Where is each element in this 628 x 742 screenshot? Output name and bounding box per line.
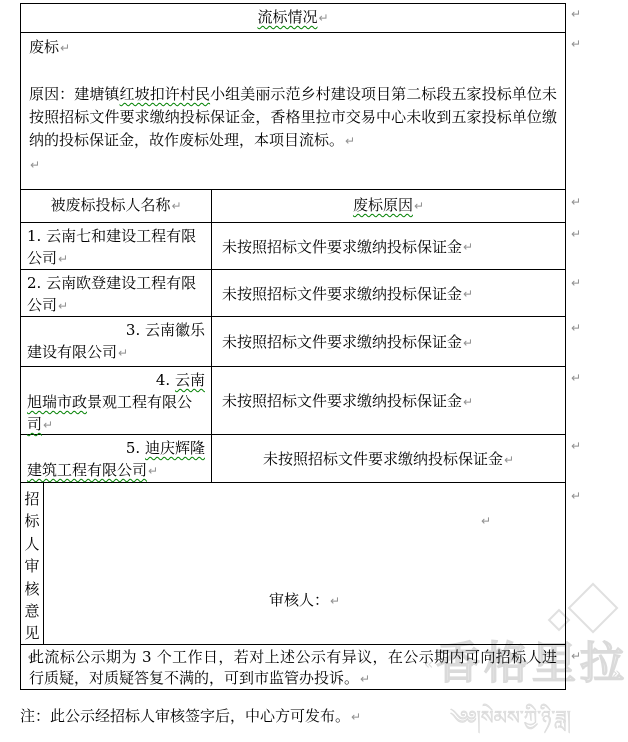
reviewer-label: 审核人： [269,591,329,609]
invalid-bid-label: 废标 [29,38,59,56]
paragraph-mark [462,333,473,351]
tenderer-audit-row: 招标人审核意见 审核人： [21,482,565,644]
paragraph-mark [359,669,370,687]
paragraph-mark [570,4,581,22]
paragraph-mark [570,646,581,664]
rejection-reason-text: 未按照招标文件要求缴纳投标保证金 [222,390,462,411]
table-row: 1. 云南七和建设工程有限 公司 未按照招标文件要求缴纳投标保证金 [21,222,565,269]
bidder-name-line: 旭瑞市政景观工程有限公 [27,391,205,413]
table-row: 5. 迪庆辉隆 建筑工程有限公司 未按照招标文件要求缴纳投标保证金 [21,434,565,482]
paragraph-mark [570,486,581,504]
bidder-name-text: 景观工程有限公 [87,393,192,411]
bidder-name-line: 司 [27,413,205,436]
header-rejection-reason-label: 废标原因 [353,196,413,214]
paragraph-mark [42,415,53,433]
page-title: 流标情况 [257,8,317,26]
rejection-reason-text: 未按照招标文件要求缴纳投标保证金 [222,283,462,304]
reason-text-flagged: 红坡扣许村民 [120,85,211,103]
bidder-name-text: 公司 [27,249,57,267]
audit-label-text: 招标人审核意见 [24,490,39,642]
bidder-name-text: 云南 [175,371,205,389]
bidder-name-line: 公司 [27,294,205,317]
paragraph-mark [570,273,581,291]
bidder-name-text: 司 [27,415,42,433]
bidder-number: 4. [156,371,175,389]
bidder-name-text: 建设有限公司 [27,343,117,361]
header-bidder-name-label: 被废标投标人名称 [50,196,170,214]
bidder-name-text: 旭瑞市政 [27,393,87,411]
paragraph-mark [480,511,491,529]
paragraph-mark [29,155,40,173]
table-title-row: 流标情况 [21,4,565,32]
bidder-name-line: 建设有限公司 [27,341,205,364]
bidder-name-cell: 3. 云南徽乐 建设有限公司 [21,317,211,366]
rejection-reason-text: 未按照招标文件要求缴纳投标保证金 [222,236,462,257]
table-header-row: 被废标投标人名称 废标原因 [21,189,565,222]
paragraph-mark [462,392,473,410]
bidder-name-line: 建筑工程有限公司 [27,459,205,482]
paragraph-mark [570,192,581,210]
paragraph-mark [170,196,181,214]
footnote-text: 注：此公示经招标人审核签字后，中心方可发布。 [20,707,350,725]
footnote-line: 注：此公示经招标人审核签字后，中心方可发布。 [20,705,361,726]
rejection-reason-text: 未按照招标文件要求缴纳投标保证金 [263,448,503,469]
rejection-reason-cell: 未按照招标文件要求缴纳投标保证金 [211,270,565,316]
paragraph-mark [317,8,328,26]
header-bidder-name: 被废标投标人名称 [21,190,211,222]
audit-content-cell: 审核人： [44,483,565,644]
bidder-name-cell: 4. 云南 旭瑞市政景观工程有限公 司 [21,367,211,434]
paragraph-mark [147,461,158,479]
paragraph-mark [57,249,68,267]
bidder-name-line: 4. 云南 [27,369,205,391]
bidder-name-text: 公司 [27,296,57,314]
paragraph-mark [503,450,514,468]
bidder-number: 5. [126,439,145,457]
paragraph-mark [570,224,581,242]
bidder-name-line: 2. 云南欧登建设工程有限 [27,272,205,294]
rejection-reason-cell: 未按照招标文件要求缴纳投标保证金 [211,435,565,482]
watermark-tibetan-text: ༄༅།སེམས་ཀྱི་ཉི་ཟླ། [450,696,625,742]
paragraph-mark [59,38,70,56]
table-row: 2. 云南欧登建设工程有限 公司 未按照招标文件要求缴纳投标保证金 [21,269,565,316]
rejection-reason-cell: 未按照招标文件要求缴纳投标保证金 [211,367,565,434]
paragraph-mark [117,343,128,361]
bidder-name-line: 5. 迪庆辉隆 [27,437,205,459]
paragraph-mark [413,196,424,214]
blank-line [29,153,557,177]
bidder-name-cell: 1. 云南七和建设工程有限 公司 [21,223,211,269]
bidder-name-text: 迪庆辉隆 [145,439,205,457]
paragraph-mark [570,34,581,52]
rejection-reason-text: 未按照招标文件要求缴纳投标保证金 [222,331,462,352]
bidder-name-text: 建筑工程有限公司 [27,461,147,479]
paragraph-mark [570,436,581,454]
table-row: 3. 云南徽乐 建设有限公司 未按照招标文件要求缴纳投标保证金 [21,316,565,366]
bidder-name-cell: 5. 迪庆辉隆 建筑工程有限公司 [21,435,211,482]
publicity-notice-text: 此流标公示期为 3 个工作日，若对上述公示有异议，在公示期内可向招标人进行质疑，… [29,648,557,687]
invalid-bid-cell: 废标 原因：建塘镇红坡扣许村民小组美丽示范乡村建设项目第二标段五家投标单位未按照… [21,32,565,189]
rejection-reason-cell: 未按照招标文件要求缴纳投标保证金 [211,317,565,366]
blank-line [29,60,557,83]
publicity-notice-cell: 此流标公示期为 3 个工作日，若对上述公示有异议，在公示期内可向招标人进行质疑，… [21,644,565,689]
document-page: 香格里拉 ༄༅།སེམས་ཀྱི་ཉི་ཟླ། « » 流标情况 废标 原因：建… [0,0,628,742]
paragraph-mark [570,318,581,336]
bidder-name-line: 1. 云南七和建设工程有限 [27,225,205,247]
bidder-name-line: 3. 云南徽乐 [27,319,205,341]
bid-failure-table: 流标情况 废标 原因：建塘镇红坡扣许村民小组美丽示范乡村建设项目第二标段五家投标… [20,3,566,690]
audit-label-vertical: 招标人审核意见 [21,483,44,644]
bidder-name-cell: 2. 云南欧登建设工程有限 公司 [21,270,211,316]
paragraph-mark [350,707,361,725]
reason-text-pre: 原因：建塘镇 [29,85,120,103]
watermark-ornament-right: » [612,664,621,682]
watermark-diamond-icon [568,583,619,634]
paragraph-mark [57,296,68,314]
paragraph-mark [462,284,473,302]
reviewer-line: 审核人： [44,589,565,610]
paragraph-mark [462,237,473,255]
table-row: 4. 云南 旭瑞市政景观工程有限公 司 未按照招标文件要求缴纳投标保证金 [21,366,565,434]
paragraph-mark [329,591,340,609]
invalid-bid-label-line: 废标 [29,36,557,60]
bidder-name-line: 公司 [27,247,205,270]
header-rejection-reason: 废标原因 [211,190,565,222]
paragraph-mark [344,131,355,149]
paragraph-mark [570,368,581,386]
reason-paragraph: 原因：建塘镇红坡扣许村民小组美丽示范乡村建设项目第二标段五家投标单位未按照招标文… [29,83,557,153]
rejection-reason-cell: 未按照招标文件要求缴纳投标保证金 [211,223,565,269]
